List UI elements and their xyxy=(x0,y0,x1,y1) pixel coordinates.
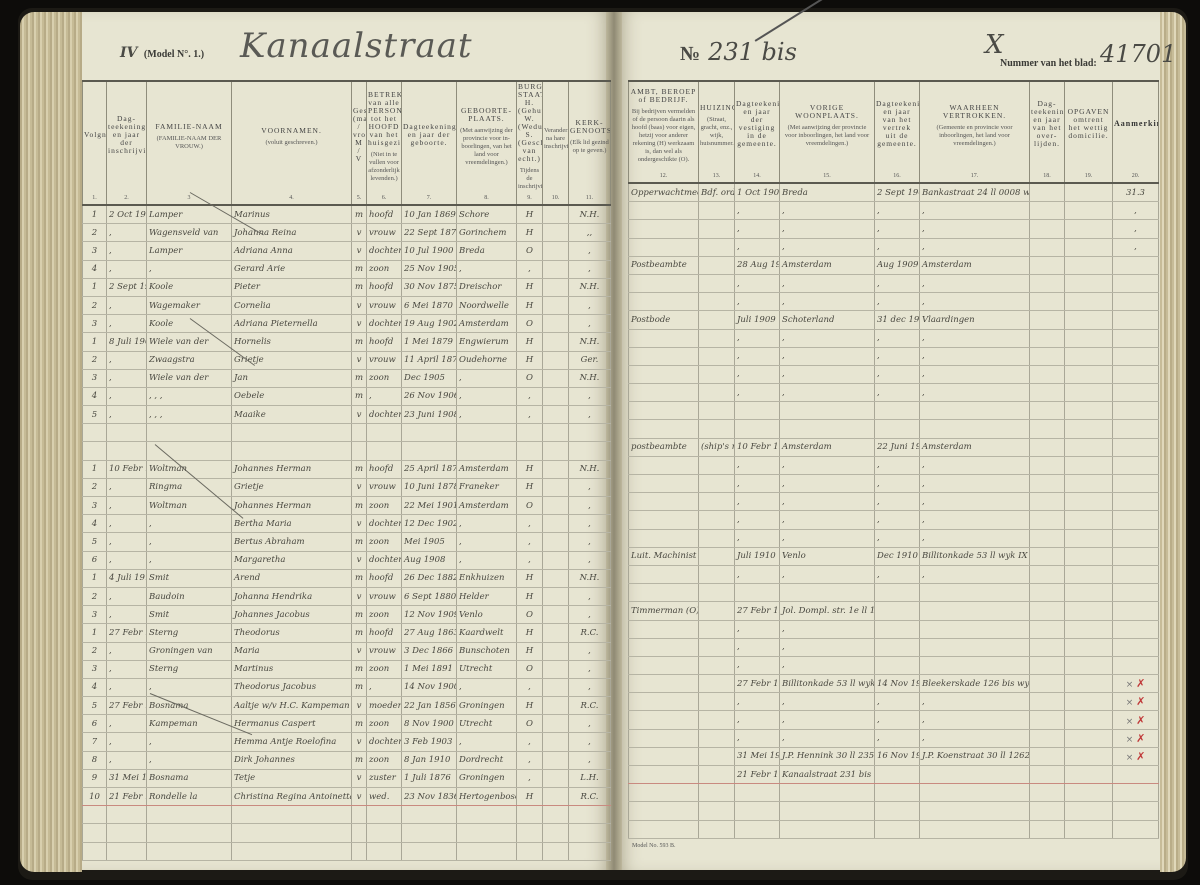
cell-born: 3 Feb 1903 xyxy=(402,733,457,751)
cell-settled: , xyxy=(735,202,780,220)
cell-job: Postbeambte xyxy=(629,256,699,274)
cell-died xyxy=(1030,511,1065,529)
cell-nr: 1 xyxy=(83,460,107,478)
column-title: VORIGE WOONPLAATS. xyxy=(781,104,873,120)
cell-sex: m xyxy=(352,678,367,696)
column-number: 12. xyxy=(629,170,699,183)
right-register-row: ,,,,× ✗ xyxy=(629,711,1159,729)
cell-house xyxy=(699,256,735,274)
cell-prev: Jol. Dompl. str. 1e ll 1322 wyk XIII xyxy=(780,602,875,620)
cell-remarks xyxy=(1113,420,1159,438)
cell-church: , xyxy=(569,315,611,333)
column-title: OPGAVEN omtrent het wettig domicilie. xyxy=(1066,108,1111,140)
cell-place: Venlo xyxy=(457,606,517,624)
cell-settled: , xyxy=(735,293,780,311)
cell-born xyxy=(402,824,457,842)
cell-church: N.H. xyxy=(569,569,611,587)
cell-civ2 xyxy=(543,806,569,824)
cell-born xyxy=(402,442,457,460)
cell-remarks xyxy=(1113,511,1159,529)
cell-dest: , xyxy=(920,365,1030,383)
cell-given: Bertha Maria xyxy=(232,515,352,533)
cell-rel: hoofd xyxy=(367,569,402,587)
cell-job xyxy=(629,565,699,583)
cell-prev: , xyxy=(780,329,875,347)
column-subtitle: (FAMILIE-NAAM DER VROUW.) xyxy=(157,135,222,150)
cell-given: Marinus xyxy=(232,205,352,224)
cell-sex: m xyxy=(352,497,367,515)
cell-rel: vrouw xyxy=(367,224,402,242)
cell-remarks xyxy=(1113,365,1159,383)
cell-settled xyxy=(735,802,780,820)
right-register-row xyxy=(629,802,1159,820)
cell-civ: O xyxy=(517,606,543,624)
cell-place: Dordrecht xyxy=(457,751,517,769)
cell-family xyxy=(147,806,232,824)
cell-job xyxy=(629,620,699,638)
right-register-row: ,,,,× ✗ xyxy=(629,693,1159,711)
cell-dest: , xyxy=(920,511,1030,529)
column-number: 5. xyxy=(352,192,367,205)
cell-domicile xyxy=(1065,620,1113,638)
cell-civ: , xyxy=(517,733,543,751)
cell-civ: , xyxy=(517,406,543,424)
cell-reg: , xyxy=(107,533,147,551)
cell-job xyxy=(629,456,699,474)
left-register-row: 4,, , ,Oebelem,26 Nov 1906,,, xyxy=(83,387,611,405)
left-col-header-8: GEBOORTE-PLAATS.(Met aanwijzing der prov… xyxy=(457,81,517,192)
cell-domicile xyxy=(1065,402,1113,420)
cell-dest: Billitonkade 53 ll wyk IX xyxy=(920,547,1030,565)
cell-church: , xyxy=(569,242,611,260)
cell-born: 10 Juni 1878 xyxy=(402,478,457,496)
cell-church xyxy=(569,824,611,842)
cell-domicile xyxy=(1065,602,1113,620)
cell-house xyxy=(699,584,735,602)
left-register-row: 3,KooleAdriana Pieternellavdochter19 Aug… xyxy=(83,315,611,333)
cell-reg xyxy=(107,424,147,442)
cell-died xyxy=(1030,656,1065,674)
cell-given: Adriana Anna xyxy=(232,242,352,260)
cell-settled: 28 Aug 1908 xyxy=(735,256,780,274)
cell-nr xyxy=(83,442,107,460)
right-register-row: ,,,, xyxy=(629,511,1159,529)
cell-settled: , xyxy=(735,347,780,365)
cell-rel: zoon xyxy=(367,606,402,624)
cell-domicile xyxy=(1065,238,1113,256)
cell-family xyxy=(147,842,232,860)
cell-civ: O xyxy=(517,242,543,260)
right-register-row: PostbodeJuli 1909Schoterland31 dec 1909V… xyxy=(629,311,1159,329)
left-register-row xyxy=(83,824,611,842)
cell-church: , xyxy=(569,587,611,605)
cell-nr: 1 xyxy=(83,205,107,224)
cell-prev: Breda xyxy=(780,183,875,202)
cell-born: 30 Nov 1875 xyxy=(402,278,457,296)
cell-house: (ship's name) xyxy=(699,438,735,456)
cell-prev xyxy=(780,420,875,438)
cell-sex xyxy=(352,442,367,460)
cell-rel xyxy=(367,806,402,824)
cell-domicile xyxy=(1065,529,1113,547)
cell-sex: v xyxy=(352,351,367,369)
cell-job xyxy=(629,693,699,711)
cell-church: , xyxy=(569,515,611,533)
cell-left: , xyxy=(875,493,920,511)
cell-born: 22 Sept 1871 xyxy=(402,224,457,242)
right-register-row: Postbeambte28 Aug 1908AmsterdamAug 1909A… xyxy=(629,256,1159,274)
cell-family: Bosnama xyxy=(147,697,232,715)
cell-sex: v xyxy=(352,788,367,806)
cell-prev xyxy=(780,402,875,420)
cell-dest xyxy=(920,602,1030,620)
cell-settled: , xyxy=(735,620,780,638)
left-register-row: 5,,Bertus AbrahammzoonMei 1905,,, xyxy=(83,533,611,551)
cell-family: , xyxy=(147,533,232,551)
cell-sex: v xyxy=(352,224,367,242)
cell-settled: , xyxy=(735,365,780,383)
column-title: Volgnummer. xyxy=(84,131,105,139)
cell-church xyxy=(569,806,611,824)
cell-nr: 2 xyxy=(83,296,107,314)
cell-dest: Bankastraat 24 ll 0008 wyk X xyxy=(920,183,1030,202)
cell-domicile xyxy=(1065,711,1113,729)
cell-prev: Amsterdam xyxy=(780,256,875,274)
gray-x-icon: × xyxy=(1126,753,1136,763)
cell-born: 10 Jul 1900 xyxy=(402,242,457,260)
cell-civ: , xyxy=(517,751,543,769)
cell-family: , , , xyxy=(147,387,232,405)
left-col-header-4: VOORNAMEN.(voluit geschreven.) xyxy=(232,81,352,192)
column-subtitle: (Gemeente en provincie voor inboorlingen… xyxy=(937,124,1013,147)
cell-place: Schore xyxy=(457,205,517,224)
cell-born xyxy=(402,842,457,860)
cell-given: Gerard Arie xyxy=(232,260,352,278)
right-col-header-3: Dagteekening en jaar der vestiging in de… xyxy=(735,81,780,170)
right-col-header-5: Dagteekening en jaar van het vertrek uit… xyxy=(875,81,920,170)
cell-reg xyxy=(107,806,147,824)
cell-rel: zoon xyxy=(367,660,402,678)
right-register-row: Luit. Machinist S.S.Juli 1910VenloDec 19… xyxy=(629,547,1159,565)
cell-church xyxy=(569,842,611,860)
cell-civ: , xyxy=(517,769,543,787)
cell-sex: m xyxy=(352,278,367,296)
cell-church: L.H. xyxy=(569,769,611,787)
cell-prev: , xyxy=(780,274,875,292)
cell-nr: 2 xyxy=(83,478,107,496)
cell-family: Bosnama xyxy=(147,769,232,787)
right-register-row: ,,,, xyxy=(629,565,1159,583)
cell-prev: , xyxy=(780,384,875,402)
cell-domicile xyxy=(1065,565,1113,583)
cell-church: N.H. xyxy=(569,460,611,478)
cell-civ: O xyxy=(517,660,543,678)
cell-died xyxy=(1030,784,1065,802)
cell-nr: 3 xyxy=(83,242,107,260)
left-register-row: 2,BaudoinJohanna Hendrikavvrouw6 Sept 18… xyxy=(83,587,611,605)
cell-reg: , xyxy=(107,387,147,405)
cell-dest: , xyxy=(920,238,1030,256)
cell-settled: , xyxy=(735,656,780,674)
cell-sex: m xyxy=(352,369,367,387)
cell-died xyxy=(1030,747,1065,765)
cell-house xyxy=(699,311,735,329)
cell-prev xyxy=(780,784,875,802)
cell-church: , xyxy=(569,260,611,278)
left-register-row xyxy=(83,806,611,824)
cell-settled: , xyxy=(735,238,780,256)
cell-given: Tetje xyxy=(232,769,352,787)
cell-died xyxy=(1030,438,1065,456)
cell-place xyxy=(457,842,517,860)
cell-left: , xyxy=(875,565,920,583)
cell-prev: Venlo xyxy=(780,547,875,565)
column-number: 11. xyxy=(569,192,611,205)
cell-given: Theodorus xyxy=(232,624,352,642)
column-subtitle: (Niet in te vullen voor afzonderlijk lev… xyxy=(368,151,399,182)
cell-domicile xyxy=(1065,511,1113,529)
sheet-number: 41701 xyxy=(1100,40,1176,68)
cell-family: Wagensveld van xyxy=(147,224,232,242)
left-register-row: 2,RingmaGrietjevvrouw10 Juni 1878Franeke… xyxy=(83,478,611,496)
cell-given xyxy=(232,842,352,860)
cell-dest xyxy=(920,784,1030,802)
cell-civ xyxy=(517,442,543,460)
cell-family: Smit xyxy=(147,606,232,624)
cell-given xyxy=(232,806,352,824)
right-col-header-2: HUIZING.(Straat, gracht, enz., wijk, hui… xyxy=(699,81,735,170)
cell-rel: dochter xyxy=(367,515,402,533)
cell-family: Wagemaker xyxy=(147,296,232,314)
cell-house xyxy=(699,456,735,474)
cell-nr xyxy=(83,842,107,860)
cell-job xyxy=(629,584,699,602)
cell-house xyxy=(699,675,735,693)
cell-place: Amsterdam xyxy=(457,497,517,515)
cell-nr: 3 xyxy=(83,497,107,515)
gray-x-icon: × xyxy=(1126,698,1136,708)
cell-remarks xyxy=(1113,493,1159,511)
cell-job: Timmerman (O) xyxy=(629,602,699,620)
column-subtitle: (Elk lid gezind op te geven.) xyxy=(570,139,609,154)
cell-given: Dirk Johannes xyxy=(232,751,352,769)
cell-born: 6 Sept 1880 xyxy=(402,587,457,605)
cell-nr: 5 xyxy=(83,533,107,551)
right-register-row: ,,,, xyxy=(629,365,1159,383)
cell-house xyxy=(699,347,735,365)
cell-job xyxy=(629,384,699,402)
cell-settled: 10 Febr 1910 xyxy=(735,438,780,456)
cell-civ: H xyxy=(517,788,543,806)
cell-nr: 6 xyxy=(83,715,107,733)
cell-job xyxy=(629,493,699,511)
column-subtitle: (Straat, gracht, enz., wijk, huisnummer.… xyxy=(700,116,735,147)
cell-prev: , xyxy=(780,238,875,256)
cell-civ2 xyxy=(543,587,569,605)
cell-given: Jan xyxy=(232,369,352,387)
cell-family: Groningen van xyxy=(147,642,232,660)
cell-dest xyxy=(920,766,1030,784)
cell-reg: , xyxy=(107,351,147,369)
cell-church: , xyxy=(569,678,611,696)
cell-family: Woltman xyxy=(147,460,232,478)
cell-place xyxy=(457,424,517,442)
cell-born: 1 Mei 1879 xyxy=(402,333,457,351)
cell-remarks: , xyxy=(1113,220,1159,238)
column-title: Dagteekening en jaar der vestiging in de… xyxy=(736,100,778,148)
cell-reg: , xyxy=(107,715,147,733)
cell-left xyxy=(875,620,920,638)
cell-left: , xyxy=(875,347,920,365)
left-register-row: 2,WagemakerCorneliavvrouw6 Mei 1870Noord… xyxy=(83,296,611,314)
cell-civ2 xyxy=(543,733,569,751)
cell-job xyxy=(629,675,699,693)
cell-prev: Schoterland xyxy=(780,311,875,329)
cell-family: Kampeman xyxy=(147,715,232,733)
cell-died xyxy=(1030,620,1065,638)
cell-house: Bdf. ord. xyxy=(699,183,735,202)
cell-left xyxy=(875,820,920,838)
right-register-row xyxy=(629,820,1159,838)
right-register-row: OpperwachtmeesterBdf. ord.1 Oct 1907Bred… xyxy=(629,183,1159,202)
cell-domicile xyxy=(1065,693,1113,711)
cell-rel xyxy=(367,442,402,460)
right-register-row: ,,,,, xyxy=(629,202,1159,220)
cell-left xyxy=(875,802,920,820)
cell-church: , xyxy=(569,296,611,314)
left-register-row: 12 Sept 1908KoolePietermhoofd30 Nov 1875… xyxy=(83,278,611,296)
cell-place: , xyxy=(457,533,517,551)
cell-church: R.C. xyxy=(569,624,611,642)
cell-civ: O xyxy=(517,715,543,733)
cell-reg: 10 Febr 1910 xyxy=(107,460,147,478)
cell-settled: , xyxy=(735,329,780,347)
cell-rel: vrouw xyxy=(367,587,402,605)
column-number: 6. xyxy=(367,192,402,205)
cell-remarks xyxy=(1113,384,1159,402)
cell-civ: , xyxy=(517,260,543,278)
cell-job xyxy=(629,656,699,674)
left-register-row: 3,WoltmanJohannes Hermanmzoon22 Mei 1901… xyxy=(83,497,611,515)
cell-remarks xyxy=(1113,656,1159,674)
cell-died xyxy=(1030,220,1065,238)
cell-left: , xyxy=(875,384,920,402)
cell-family: Wiele van der xyxy=(147,369,232,387)
cell-civ2 xyxy=(543,424,569,442)
cell-place: , xyxy=(457,515,517,533)
cell-given: Hornelis xyxy=(232,333,352,351)
cell-rel: dochter xyxy=(367,406,402,424)
column-title: Geslacht (mannelijk / vrouwelijk) M / V xyxy=(353,107,365,163)
cell-reg: , xyxy=(107,497,147,515)
cell-civ xyxy=(517,424,543,442)
cell-died xyxy=(1030,820,1065,838)
cell-place: Oudehorne xyxy=(457,351,517,369)
cell-house xyxy=(699,802,735,820)
cell-prev: , xyxy=(780,493,875,511)
cell-job: Opperwachtmeester xyxy=(629,183,699,202)
cell-remarks xyxy=(1113,438,1159,456)
cell-place: Groningen xyxy=(457,769,517,787)
cell-civ2 xyxy=(543,460,569,478)
cell-job xyxy=(629,365,699,383)
cell-dest xyxy=(920,584,1030,602)
column-number: 16. xyxy=(875,170,920,183)
cell-house xyxy=(699,784,735,802)
right-register-row xyxy=(629,784,1159,802)
cell-house xyxy=(699,202,735,220)
cell-place xyxy=(457,806,517,824)
cell-church: , xyxy=(569,533,611,551)
column-number: 19. xyxy=(1065,170,1113,183)
cell-family: , xyxy=(147,678,232,696)
cell-remarks xyxy=(1113,547,1159,565)
cell-house xyxy=(699,766,735,784)
cell-nr: 1 xyxy=(83,569,107,587)
cell-job xyxy=(629,347,699,365)
column-title: Aanmerkingen. xyxy=(1114,120,1157,128)
sheet-number-label: Nummer van het blad: xyxy=(1000,58,1097,69)
right-register-row: ,,,, xyxy=(629,329,1159,347)
right-register-row: 21 Febr 1912Kanaalstraat 231 bis wyk IX xyxy=(629,766,1159,784)
cell-civ2 xyxy=(543,387,569,405)
cell-born: 8 Jan 1910 xyxy=(402,751,457,769)
cell-church: R.C. xyxy=(569,697,611,715)
cell-nr: 3 xyxy=(83,315,107,333)
cell-remarks xyxy=(1113,820,1159,838)
cell-prev: , xyxy=(780,529,875,547)
cell-church: R.C. xyxy=(569,788,611,806)
cell-nr: 7 xyxy=(83,733,107,751)
column-subtitle: Bij bedrijven vermelden of de persoon da… xyxy=(632,108,696,163)
cell-civ2 xyxy=(543,624,569,642)
cell-remarks xyxy=(1113,784,1159,802)
cell-sex xyxy=(352,806,367,824)
cell-settled xyxy=(735,820,780,838)
cell-house xyxy=(699,238,735,256)
cell-dest: , xyxy=(920,693,1030,711)
cell-domicile xyxy=(1065,766,1113,784)
cell-civ: , xyxy=(517,387,543,405)
right-register-row: postbeambte(ship's name)10 Febr 1910Amst… xyxy=(629,438,1159,456)
right-register-row: ,, xyxy=(629,656,1159,674)
cell-civ2 xyxy=(543,205,569,224)
left-register-row: 931 Mei 1911BosnamaTetjevzuster1 Juli 18… xyxy=(83,769,611,787)
cell-nr: 2 xyxy=(83,642,107,660)
cell-nr xyxy=(83,424,107,442)
cell-sex: m xyxy=(352,333,367,351)
cell-reg: , xyxy=(107,678,147,696)
cell-reg: , xyxy=(107,296,147,314)
cell-church: N.H. xyxy=(569,369,611,387)
cell-nr: 9 xyxy=(83,769,107,787)
cell-house xyxy=(699,384,735,402)
cell-place: , xyxy=(457,387,517,405)
cell-remarks xyxy=(1113,274,1159,292)
cell-reg: , xyxy=(107,587,147,605)
cell-settled xyxy=(735,784,780,802)
red-x-icon: ✗ xyxy=(1136,677,1145,690)
cell-place: Hertogenbosch xyxy=(457,788,517,806)
cell-job: Luit. Machinist S.S. xyxy=(629,547,699,565)
cell-nr: 2 xyxy=(83,351,107,369)
cell-reg: , xyxy=(107,551,147,569)
column-title: GEBOORTE-PLAATS. xyxy=(458,107,515,123)
cell-church: , xyxy=(569,406,611,424)
cell-civ: H xyxy=(517,224,543,242)
cell-left xyxy=(875,766,920,784)
cell-born: 19 Aug 1902 xyxy=(402,315,457,333)
